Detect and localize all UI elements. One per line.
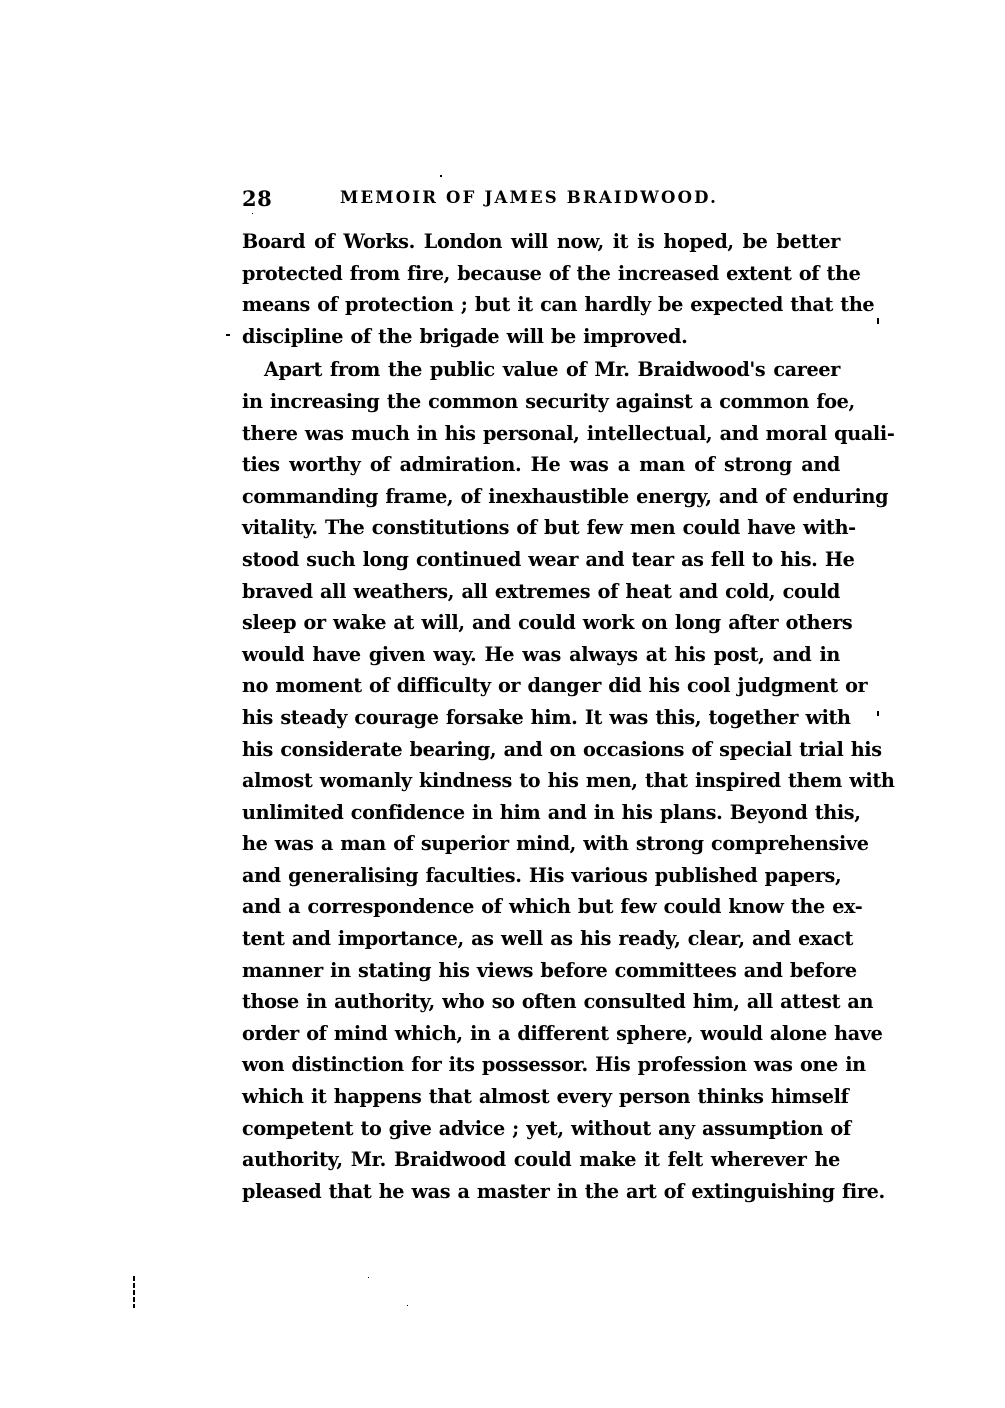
text-line: and a correspondence of which but few co… (242, 891, 840, 923)
text-line: his considerate bearing, and on occasion… (242, 734, 840, 766)
scan-speck (440, 175, 442, 177)
text-line: no moment of difficulty or danger did hi… (242, 670, 840, 702)
paragraph: Apart from the public value of Mr. Braid… (242, 354, 840, 1207)
text-line: and generalising faculties. His various … (242, 860, 840, 892)
text-line: protected from fire, because of the incr… (242, 258, 840, 290)
text-line: stood such long continued wear and tear … (242, 544, 840, 576)
text-line: competent to give advice ; yet, without … (242, 1113, 840, 1145)
margin-tick-mark (877, 711, 879, 716)
text-line: means of protection ; but it can hardly … (242, 289, 840, 321)
margin-dash-mark (226, 334, 230, 336)
text-line: commanding frame, of inexhaustible energ… (242, 481, 840, 513)
text-line: there was much in his personal, intellec… (242, 418, 840, 450)
running-head: 28 MEMOIR OF JAMES BRAIDWOOD. (242, 186, 842, 212)
text-line: discipline of the brigade will be improv… (242, 321, 840, 353)
text-line: in increasing the common security agains… (242, 386, 840, 418)
book-page: 28 MEMOIR OF JAMES BRAIDWOOD. Board of W… (0, 0, 1005, 1408)
text-line: Apart from the public value of Mr. Braid… (242, 354, 840, 386)
running-title: MEMOIR OF JAMES BRAIDWOOD. (340, 188, 718, 207)
text-line: which it happens that almost every perso… (242, 1081, 840, 1113)
text-line: order of mind which, in a different sphe… (242, 1018, 840, 1050)
paragraph-continued: Board of Works. London will now, it is h… (242, 226, 840, 352)
margin-tick-mark (877, 318, 879, 324)
text-line: pleased that he was a master in the art … (242, 1176, 840, 1208)
text-line: would have given way. He was always at h… (242, 639, 840, 671)
text-line: vitality. The constitutions of but few m… (242, 512, 840, 544)
text-line: manner in stating his views before commi… (242, 955, 840, 987)
scan-edge-mark (133, 1276, 135, 1308)
text-line: Board of Works. London will now, it is h… (242, 226, 840, 258)
text-line: tent and importance, as well as his read… (242, 923, 840, 955)
page-number: 28 (242, 186, 272, 211)
text-line: his steady courage forsake him. It was t… (242, 702, 840, 734)
body-text: Board of Works. London will now, it is h… (242, 226, 840, 1207)
scan-speck (368, 1277, 369, 1278)
scan-speck (407, 1305, 408, 1306)
text-line: authority, Mr. Braidwood could make it f… (242, 1144, 840, 1176)
scan-speck (252, 213, 253, 214)
text-line: unlimited confidence in him and in his p… (242, 797, 840, 829)
text-line: won distinction for its possessor. His p… (242, 1049, 840, 1081)
text-line: braved all weathers, all extremes of hea… (242, 576, 840, 608)
text-line: those in authority, who so often consult… (242, 986, 840, 1018)
text-line: he was a man of superior mind, with stro… (242, 828, 840, 860)
text-line: almost womanly kindness to his men, that… (242, 765, 840, 797)
text-line: sleep or wake at will, and could work on… (242, 607, 840, 639)
text-line: ties worthy of admiration. He was a man … (242, 449, 840, 481)
